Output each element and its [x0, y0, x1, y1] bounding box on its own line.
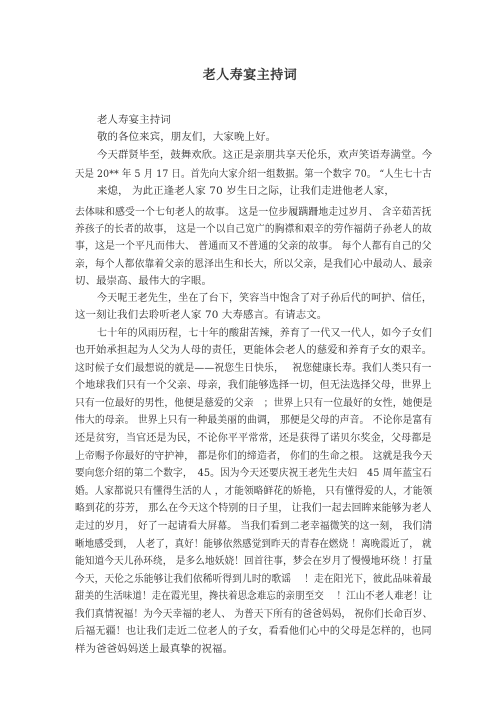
- body-text-line: 能知道今天儿孙环绕， 是多么地妖娆！回首往事，梦会在岁月了慢慢地环绕 ！打量: [75, 554, 432, 568]
- body-text-line: 这一刻让我们去聆听老人家 70 大寿感言。有请志文。: [75, 308, 327, 322]
- body-text-line: 走过的岁月， 好了一起请看大屏幕。 当我们看到二老幸福微笑的这一刻， 我们清: [75, 519, 432, 533]
- body-text-line: 切、最崇高、最伟大的字眼。: [75, 274, 212, 288]
- body-text-line: 七十年的风雨历程，七十年的酸甜苦辣，养育了一代又一代人，如今子女们: [97, 326, 432, 340]
- body-text-line: 天是 20** 年 5 月 17 日。首先向大家介绍一组数据。第一个数字 70。…: [75, 167, 432, 181]
- body-text-line: 来熄， 为此正逢老人家 70 岁生日之际，让我们走进他老人家，: [97, 184, 395, 198]
- body-text-line: 甜美的生活味道！走在霞光里，搀扶着思念难忘的亲朋至交 ！江山不老人难老！让: [75, 589, 432, 603]
- body-text-line: 略到花的芬芳， 那么在今天这个特别的日子里， 让我们一起去回眸来能够为老人: [75, 501, 432, 515]
- body-text-line: 敬的各位来宾，朋友们，大家晚上好。: [97, 130, 276, 144]
- body-text-line: 个地球我们只有一个父亲、母亲，我们能够选择一切，但无法选择父母，世界上: [75, 378, 432, 392]
- body-text-line: 上帝赐予你最好的守护神， 都是你们的缔造者， 你们的生命之根。 这就是我今天: [75, 449, 432, 463]
- body-text-line: 婚。人家都说只有懂得生活的人 ，才能领略鲜花的娇艳， 只有懂得爱的人，才能领: [75, 484, 432, 498]
- body-text-line: 伟大的母亲。 世界上只有一种最美丽的曲调， 那便是父母的声音。 不论你是富有: [75, 413, 432, 427]
- body-text-line: 去体味和感受一个七旬老人的故事。 这是一位步履蹒跚地走过岁月、 含辛茹苦抚: [75, 205, 432, 219]
- body-text-line: 晰地感受到， 人老了，真好！能够依然感觉到昨天的青春在燃烧 ！离晚霞近了， 就: [75, 537, 432, 551]
- document-subtitle: 老人寿宴主持词: [97, 113, 171, 127]
- body-text-line: 今天群贤毕至，鼓舞欢欣。这正是亲朋共享天伦乐，欢声笑语寿满堂。今: [97, 148, 432, 162]
- body-text-line: 样为爸爸妈妈送上最真挚的祝福。: [75, 642, 233, 656]
- body-text-line: 也开始承担起为人父为人母的责任，更能体会老人的慈爱和养育子女的艰辛。: [75, 343, 432, 357]
- body-text-line: 只有一位最好的男性，他便是慈爱的父亲 ；世界上只有一位最好的女性，她便是: [75, 396, 432, 410]
- body-text-line: 亲，每个人都依靠着父亲的恩泽出生和长大，所以父亲，是我们心中最动人、最亲: [75, 257, 432, 271]
- body-text-line: 我们真情祝福！为今天幸福的老人、 为普天下所有的爸爸妈妈， 祝你们长命百岁、: [75, 607, 432, 621]
- body-text-line: 后福无疆！也让我们走近二位老人的子女，看看他们心中的父母是怎样的，也同: [75, 624, 432, 638]
- body-text-line: 事，这是一个平凡而伟大、 普通而又不普通的父亲的故事。 每个人都有自己的父: [75, 239, 432, 253]
- page-title: 老人寿宴主持词: [0, 64, 500, 83]
- body-text-line: 要向您介绍的第二个数字， 45。因为今天还要庆祝王老先生夫妇 45 周年蓝宝石: [75, 466, 432, 480]
- body-text-line: 今天，天伦之乐能够让我们依稀听得到儿时的歌谣 ！走在阳光下，彼此品味着最: [75, 572, 432, 586]
- body-text-line: 养孩子的长者的故事， 这是一个以自己宽广的胸襟和艰辛的劳作福荫子孙老人的故: [75, 222, 432, 236]
- body-text-line: 今天呢王老先生，坐在了台下，笑容当中饱含了对子孙后代的呵护、信任，: [97, 291, 432, 305]
- document-page: 老人寿宴主持词 老人寿宴主持词敬的各位来宾，朋友们，大家晚上好。今天群贤毕至，鼓…: [0, 0, 500, 708]
- body-text-line: 还是贫穷，当官还是为民，不论你平平常常，还是获得了诺贝尔奖金，父母都是: [75, 431, 432, 445]
- body-text-line: 这时候子女们最想说的就是——祝您生日快乐， 祝您健康长寿。我们人类只有一: [75, 361, 432, 375]
